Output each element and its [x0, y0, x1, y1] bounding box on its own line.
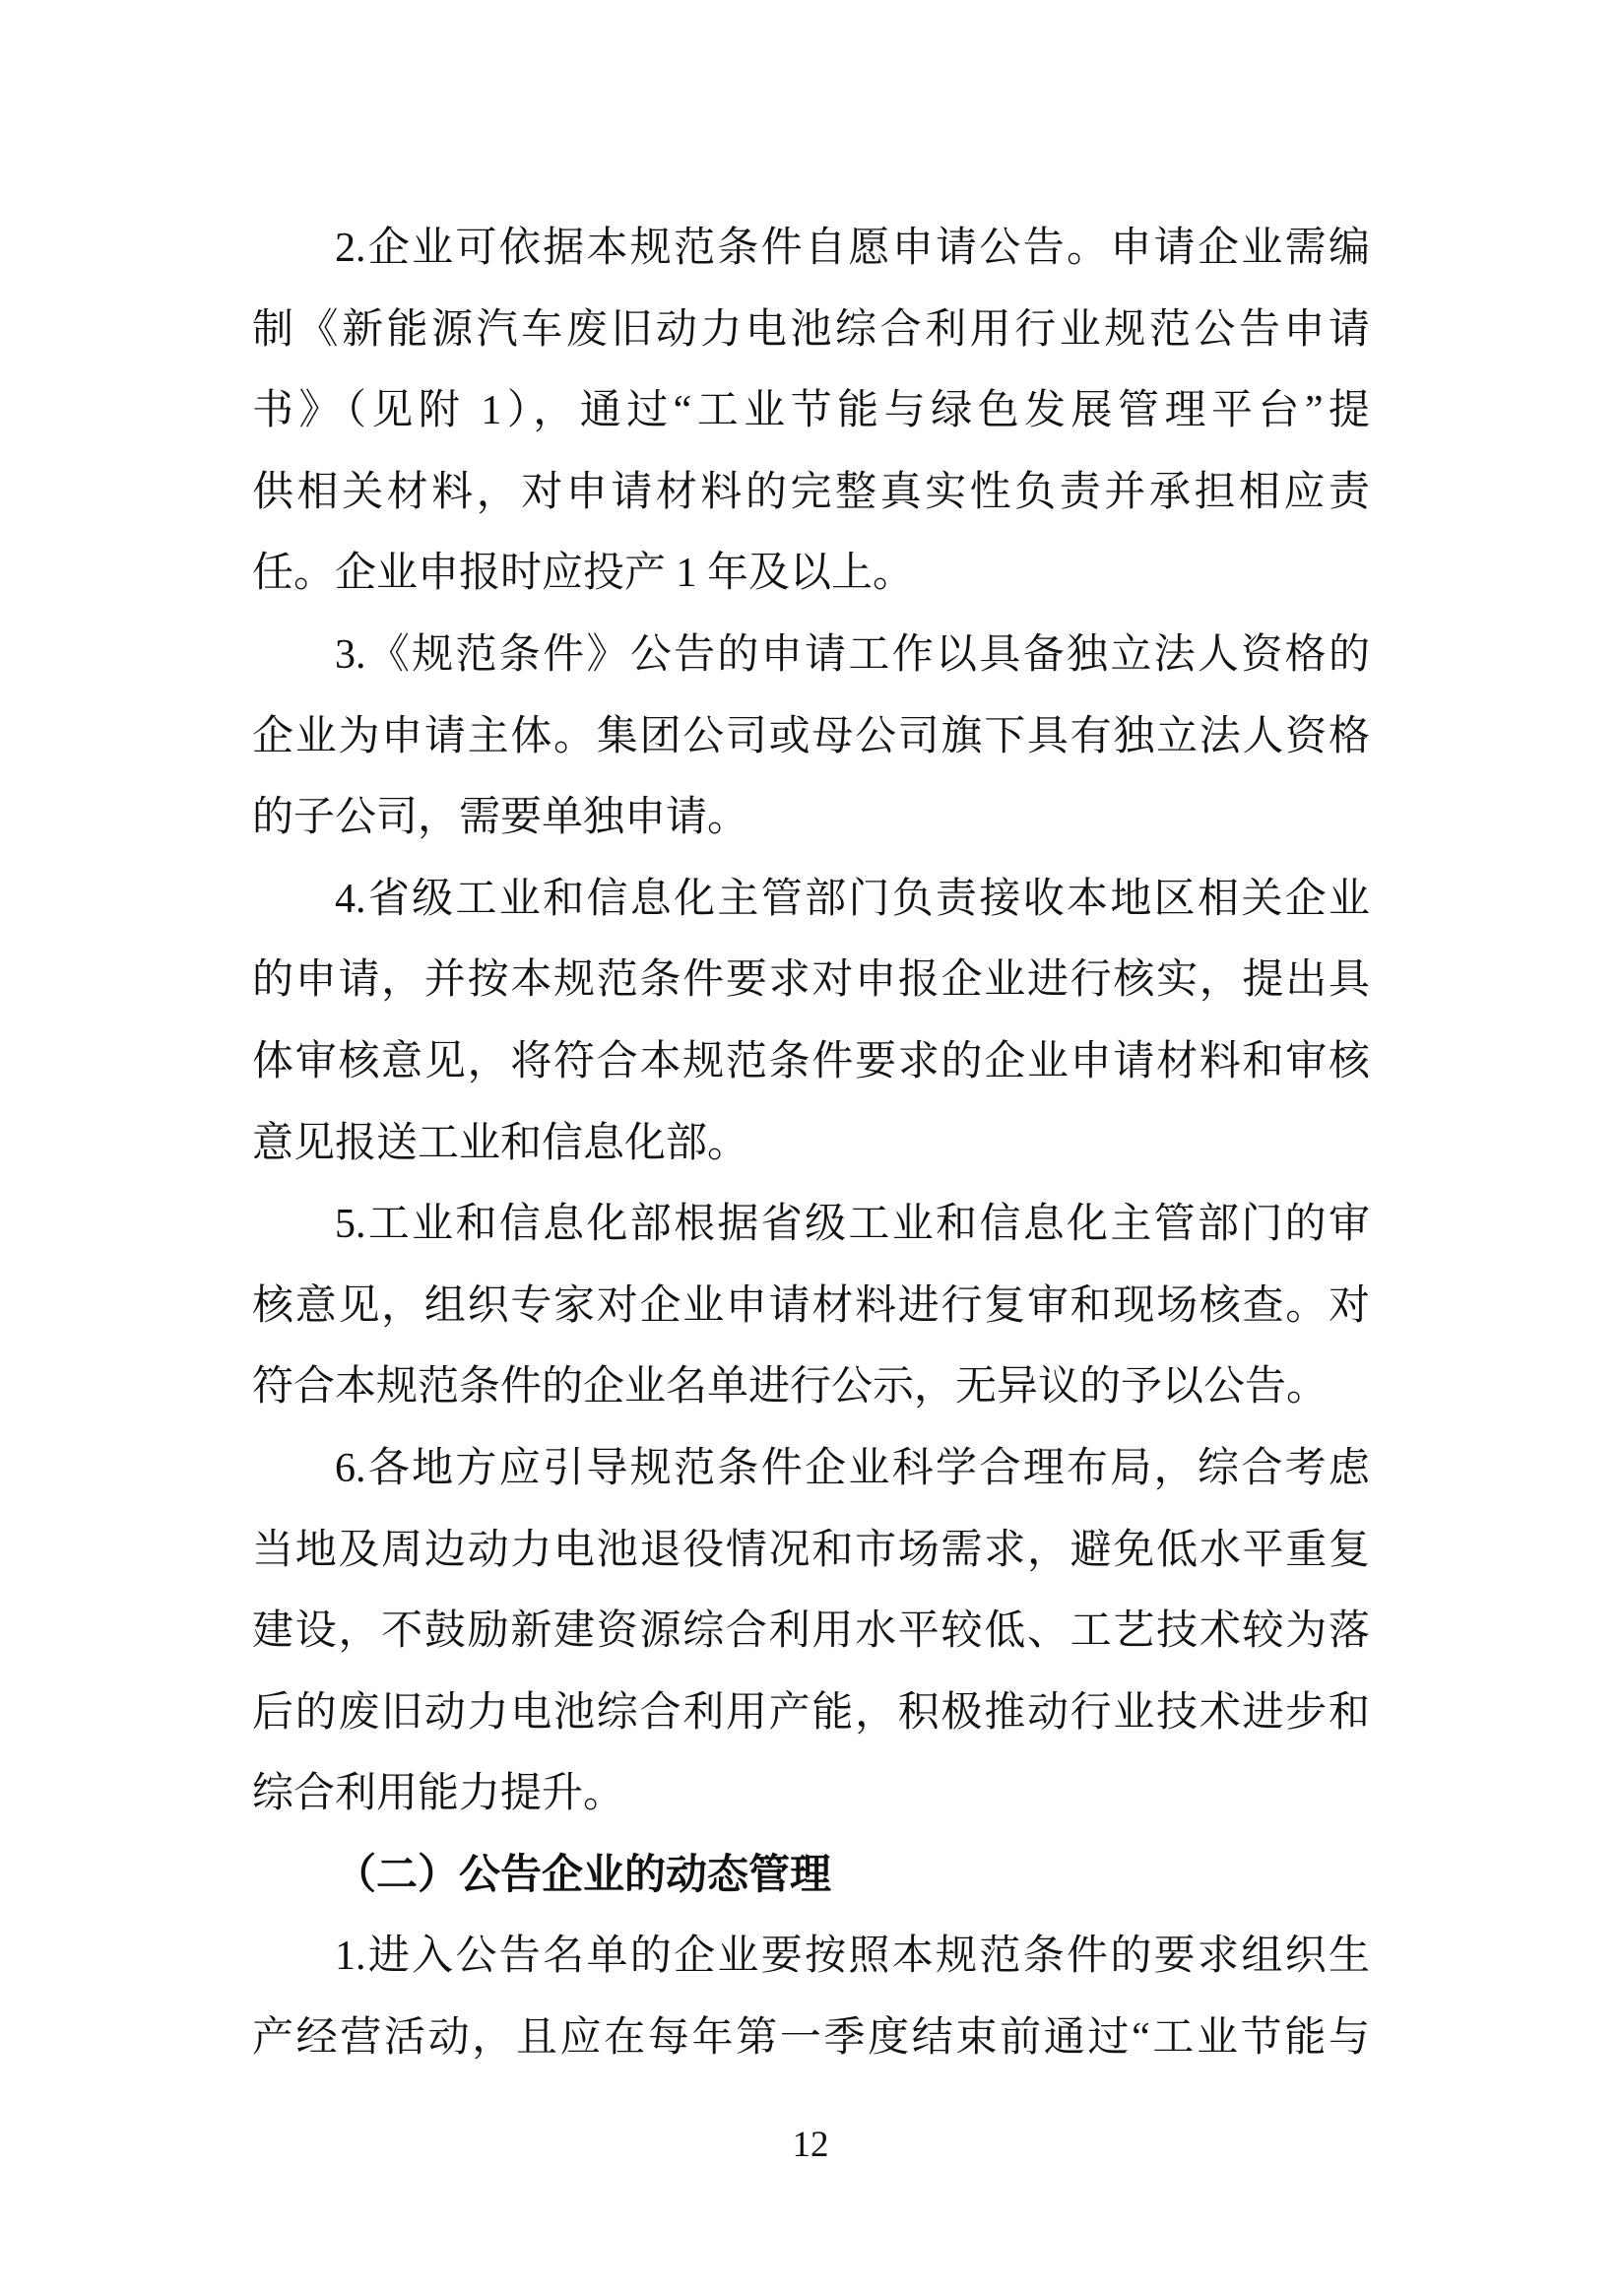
paragraph-6-line-3: 建设，不鼓励新建资源综合利用水平较低、工艺技术较为落: [252, 1591, 1370, 1673]
paragraph-7-line-2: 产经营活动，且应在每年第一季度结束前通过“工业节能与: [252, 1998, 1370, 2079]
paragraph-2-line-4: 供相关材料，对申请材料的完整真实性负责并承担相应责: [252, 452, 1370, 534]
paragraph-4-line-2: 的申请，并按本规范条件要求对申报企业进行核实，提出具: [252, 940, 1370, 1021]
paragraph-2-line-3: 书》（见附 1），通过“工业节能与绿色发展管理平台”提: [252, 370, 1370, 452]
paragraph-5-line-2: 核意见，组织专家对企业申请材料进行复审和现场核查。对: [252, 1266, 1370, 1347]
paragraph-3-line-2: 企业为申请主体。集团公司或母公司旗下具有独立法人资格: [252, 696, 1370, 778]
section-heading-2: （二）公告企业的动态管理: [252, 1835, 1370, 1917]
paragraph-2-line-5: 任。企业申报时应投产 1 年及以上。: [252, 533, 1370, 615]
document-page: 2.企业可依据本规范条件自愿申请公告。申请企业需编 制《新能源汽车废旧动力电池综…: [0, 0, 1621, 2296]
paragraph-4-line-4: 意见报送工业和信息化部。: [252, 1103, 1370, 1185]
paragraph-6-line-4: 后的废旧动力电池综合利用产能，积极推动行业技术进步和: [252, 1673, 1370, 1754]
paragraph-5-line-1: 5.工业和信息化部根据省级工业和信息化主管部门的审: [252, 1184, 1370, 1266]
paragraph-2-line-2: 制《新能源汽车废旧动力电池综合利用行业规范公告申请: [252, 290, 1370, 371]
paragraph-4-line-3: 体审核意见，将符合本规范条件要求的企业申请材料和审核: [252, 1021, 1370, 1103]
paragraph-3-line-1: 3.《规范条件》公告的申请工作以具备独立法人资格的: [252, 615, 1370, 696]
paragraph-7-line-1: 1.进入公告名单的企业要按照本规范条件的要求组织生: [252, 1916, 1370, 1998]
paragraph-6-line-5: 综合利用能力提升。: [252, 1753, 1370, 1835]
paragraph-4-line-1: 4.省级工业和信息化主管部门负责接收本地区相关企业: [252, 859, 1370, 941]
document-body: 2.企业可依据本规范条件自愿申请公告。申请企业需编 制《新能源汽车废旧动力电池综…: [252, 208, 1370, 2079]
paragraph-6-line-1: 6.各地方应引导规范条件企业科学合理布局，综合考虑: [252, 1428, 1370, 1510]
paragraph-6-line-2: 当地及周边动力电池退役情况和市场需求，避免低水平重复: [252, 1510, 1370, 1592]
paragraph-2-line-1: 2.企业可依据本规范条件自愿申请公告。申请企业需编: [252, 208, 1370, 290]
page-number: 12: [0, 2116, 1621, 2175]
paragraph-5-line-3: 符合本规范条件的企业名单进行公示，无异议的予以公告。: [252, 1346, 1370, 1428]
paragraph-3-line-3: 的子公司，需要单独申请。: [252, 777, 1370, 859]
